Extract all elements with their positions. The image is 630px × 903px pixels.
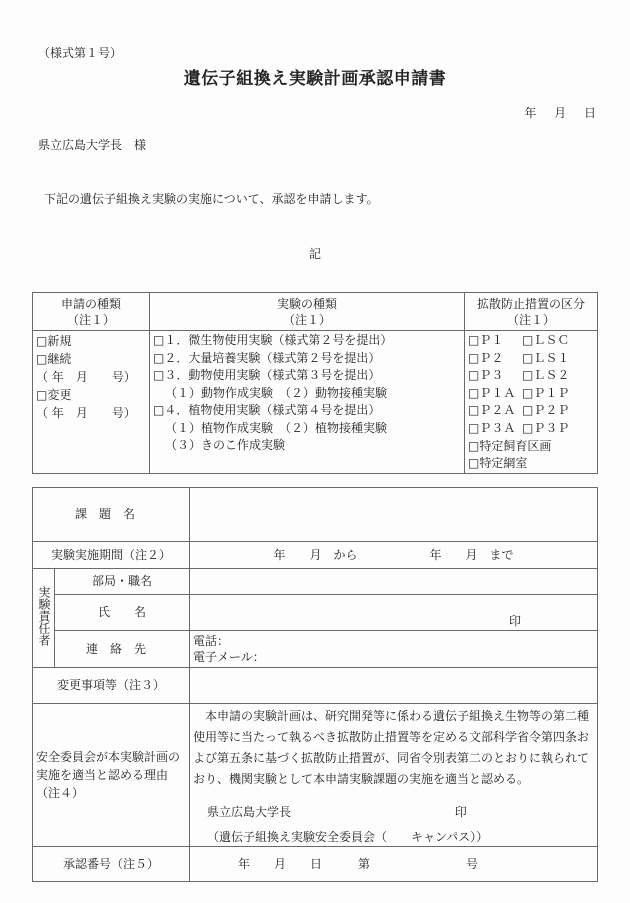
label-text: 連絡先 — [86, 642, 158, 656]
header-note: （注１） — [468, 312, 594, 328]
committee-line[interactable]: （遺伝子組換え実験安全委員会（ キャンパス）） — [193, 829, 594, 846]
reason-field: 本申請の実験計画は、研究開発等に係わる遺伝子組換え生物等の第二種使用等に当たって… — [190, 704, 598, 847]
header-label: 拡散防止措置の区分 — [468, 296, 594, 312]
continue-ref-field[interactable]: （ 年 月 号） — [36, 368, 146, 386]
checkbox-p2[interactable]: □Ｐ２ — [468, 350, 522, 368]
form-number: （様式第１号） — [38, 44, 122, 61]
animal-subtypes[interactable]: （１）動物作成実験 （２）動物接種実験 — [153, 385, 461, 403]
reason-text: 本申請の実験計画は、研究開発等に係わる遺伝子組換え生物等の第二種使用等に当たって… — [193, 704, 594, 790]
name-label: 氏 名 — [55, 595, 190, 631]
checkbox-plant[interactable]: □４．植物使用実験（様式第４号を提出） — [153, 402, 461, 420]
application-date[interactable]: 年 月 日 — [524, 104, 596, 121]
label-text: 課題名 — [75, 507, 147, 521]
checkbox-p2a[interactable]: □Ｐ２Ａ — [468, 402, 522, 420]
checkbox-lsc[interactable]: □ＬＳＣ — [522, 332, 586, 350]
period-field[interactable]: 年 月 から 年 月 まで — [190, 542, 598, 569]
containment-options: □Ｐ１ □ＬＳＣ □Ｐ２ □ＬＳ１ □Ｐ３ □ＬＳ２ □Ｐ１Ａ □Ｐ１Ｐ □Ｐ２… — [465, 331, 598, 474]
checkbox-p1p[interactable]: □Ｐ１Ｐ — [522, 385, 586, 403]
change-ref-field[interactable]: （ 年 月 号） — [36, 404, 146, 422]
application-type-options: □新規 □継続 （ 年 月 号） □変更 （ 年 月 号） — [33, 331, 150, 474]
checkbox-animal[interactable]: □３．動物使用実験（様式第３号を提出） — [153, 367, 461, 385]
checkbox-ls2[interactable]: □ＬＳ２ — [522, 367, 586, 385]
experiment-type-options: □１．微生物使用実験（様式第２号を提出） □２．大量培養実験（様式第２号を提出）… — [150, 331, 465, 474]
project-title-field[interactable] — [190, 488, 598, 542]
header-label: 申請の種類 — [36, 296, 146, 312]
checkbox-mass-culture[interactable]: □２．大量培養実験（様式第２号を提出） — [153, 350, 461, 368]
name-field[interactable]: 印 — [190, 595, 598, 631]
checkbox-p3[interactable]: □Ｐ３ — [468, 367, 522, 385]
dept-label: 部局・職名 — [55, 569, 190, 595]
checkbox-special-breeding[interactable]: □特定飼育区画 — [468, 438, 586, 456]
approval-number-label: 承認番号（注５） — [33, 847, 190, 882]
seal-mark: 印 — [509, 614, 521, 628]
details-table: 課題名 実験実施期間（注２） 年 月 から 年 月 まで 実験責任者 部局・職名… — [32, 487, 598, 882]
responsible-person-label: 実験責任者 — [33, 569, 55, 668]
checkbox-microbe[interactable]: □１．微生物使用実験（様式第２号を提出） — [153, 332, 461, 350]
changes-field[interactable] — [190, 668, 598, 704]
contact-label: 連絡先 — [55, 631, 190, 668]
email-field[interactable]: 電子メール： — [193, 649, 594, 665]
president-seal: 印 — [455, 805, 467, 819]
checkbox-p1a[interactable]: □Ｐ１Ａ — [468, 385, 522, 403]
dept-field[interactable] — [190, 569, 598, 595]
header-containment: 拡散防止措置の区分 （注１） — [465, 293, 598, 331]
header-note: （注１） — [153, 312, 461, 328]
period-label: 実験実施期間（注２） — [33, 542, 190, 569]
document-title: 遺伝子組換え実験計画承認申請書 — [0, 64, 630, 89]
addressee: 県立広島大学長 様 — [38, 136, 146, 153]
header-label: 実験の種類 — [153, 296, 461, 312]
phone-field[interactable]: 電話： — [193, 633, 594, 649]
project-title-label: 課題名 — [33, 488, 190, 542]
approval-number-field[interactable]: 年 月 日 第 号 — [190, 847, 598, 882]
label-text: 実験責任者 — [36, 586, 51, 646]
header-note: （注１） — [36, 312, 146, 328]
intro-text: 下記の遺伝子組換え実験の実施について、承認を申請します。 — [44, 190, 379, 207]
plant-subtypes[interactable]: （１）植物作成実験 （２）植物接種実験 — [153, 420, 461, 438]
checkbox-continue[interactable]: □継続 — [36, 350, 146, 368]
checkbox-change[interactable]: □変更 — [36, 386, 146, 404]
checkbox-p2p[interactable]: □Ｐ２Ｐ — [522, 402, 586, 420]
changes-label: 変更事項等（注３） — [33, 668, 190, 704]
classification-table: 申請の種類 （注１） 実験の種類 （注１） 拡散防止措置の区分 （注１） □新規… — [32, 292, 598, 474]
checkbox-p3p[interactable]: □Ｐ３Ｐ — [522, 420, 586, 438]
checkbox-new[interactable]: □新規 — [36, 332, 146, 350]
ki-heading: 記 — [0, 245, 630, 262]
president-title: 県立広島大学長 — [207, 805, 291, 819]
checkbox-p1[interactable]: □Ｐ１ — [468, 332, 522, 350]
header-application-type: 申請の種類 （注１） — [33, 293, 150, 331]
mushroom-subtype[interactable]: （３）きのこ作成実験 — [153, 437, 461, 455]
reason-label: 安全委員会が本実験計画の実施を適当と認める理由（注４） — [33, 704, 190, 847]
checkbox-p3a[interactable]: □Ｐ３Ａ — [468, 420, 522, 438]
checkbox-ls1[interactable]: □ＬＳ１ — [522, 350, 586, 368]
checkbox-special-netroom[interactable]: □特定網室 — [468, 455, 586, 473]
contact-field: 電話： 電子メール： — [190, 631, 598, 668]
header-experiment-type: 実験の種類 （注１） — [150, 293, 465, 331]
president-line: 県立広島大学長 印 — [193, 804, 594, 821]
